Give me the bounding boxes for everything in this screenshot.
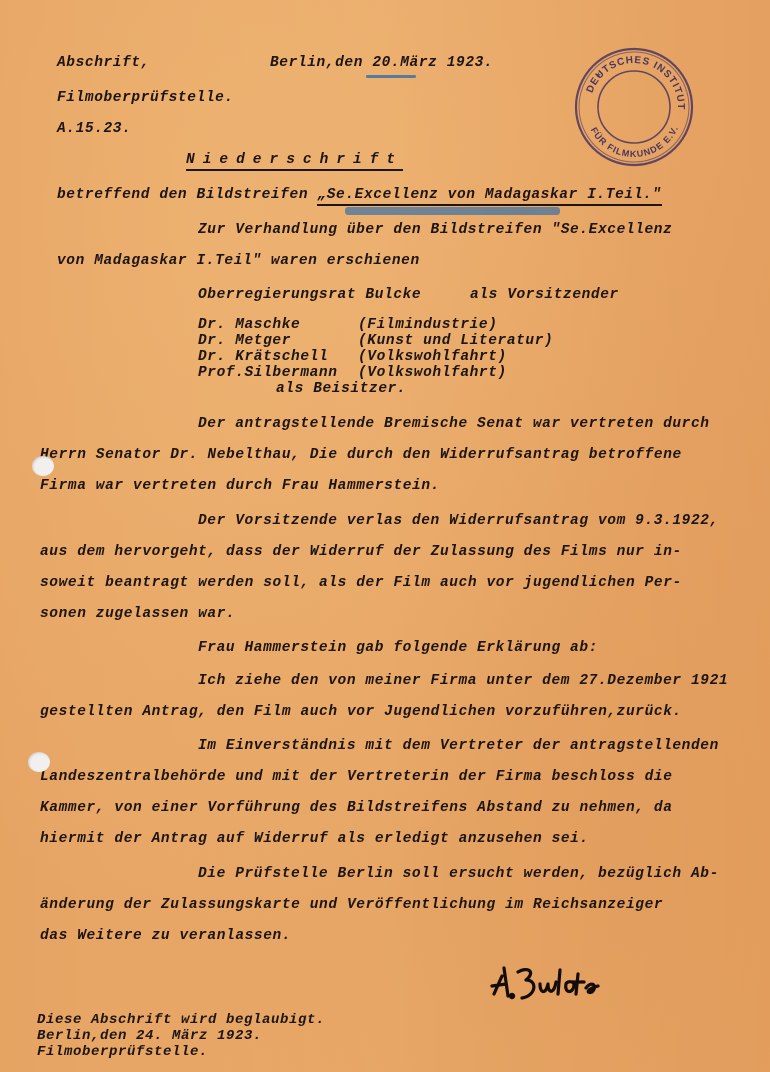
paragraph-line: Der antragstellende Bremische Senat war … [198,416,710,432]
members-role: als Beisitzer. [276,381,406,397]
document-type: Abschrift, [57,55,150,71]
chair-name: Oberregierungsrat Bulcke [198,287,421,303]
paragraph-line: das Weitere zu veranlassen. [40,928,291,944]
institute-stamp-icon: DEUTSCHES INSTITUT FÜR FILMKUNDE E.V. * [572,45,696,169]
place-date: Berlin,den 20.März 1923. [270,55,493,71]
certification-line: Diese Abschrift wird beglaubigt. [37,1012,325,1028]
film-title: „Se.Excellenz von Madagaskar I.Teil." [317,187,661,206]
member-area: (Volkswohlfahrt) [358,349,507,365]
punch-hole [28,752,50,772]
paragraph-line: soweit beantragt werden soll, als der Fi… [40,575,682,591]
paragraph-line: Der Vorsitzende verlas den Widerrufsantr… [198,513,719,529]
member-area: (Filmindustrie) [358,317,498,333]
intro-line: von Madagaskar I.Teil" waren erschienen [57,253,420,269]
paragraph-line: Die Prüfstelle Berlin soll ersucht werde… [198,866,719,882]
punch-hole [32,456,54,476]
document-title: Niederschrift [186,152,403,171]
paragraph-line: änderung der Zulassungskarte und Veröffe… [40,897,663,913]
paragraph-line: Landeszentralbehörde und mit der Vertret… [40,769,673,785]
paragraph-line: Im Einverständnis mit dem Vertreter der … [198,738,719,754]
paragraph-line: sonen zugelassen war. [40,606,235,622]
intro-line: Zur Verhandlung über den Bildstreifen "S… [198,222,672,238]
member-name: Dr. Metger [198,333,291,349]
member-area: (Kunst und Literatur) [358,333,553,349]
paragraph-line: Firma war vertreten durch Frau Hammerste… [40,478,440,494]
certification-date: Berlin,den 24. März 1923. [37,1028,262,1044]
paragraph-line: gestellten Antrag, den Film auch vor Jug… [40,704,682,720]
paragraph-line: hiermit der Antrag auf Widerruf als erle… [40,831,589,847]
svg-text:*: * [596,70,601,84]
chair-role: als Vorsitzender [470,287,619,303]
authority: Filmoberprüfstelle. [57,90,234,106]
subject-line: betreffend den Bildstreifen „Se.Excellen… [57,187,662,203]
paragraph-line: Kammer, von einer Vorführung des Bildstr… [40,800,673,816]
member-area: (Volkswohlfahrt) [358,365,507,381]
subject-prefix: betreffend den Bildstreifen [57,187,317,203]
blue-pencil-underline [366,75,416,78]
reference-number: A.15.23. [57,121,131,137]
member-name: Prof.Silbermann [198,365,338,381]
blue-pencil-mark [345,207,560,215]
paragraph-line: Frau Hammerstein gab folgende Erklärung … [198,640,598,656]
signature-icon [488,960,603,1010]
member-name: Dr. Krätschell [198,349,328,365]
paragraph-line: Herrn Senator Dr. Nebelthau, Die durch d… [40,447,682,463]
member-name: Dr. Maschke [198,317,300,333]
paragraph-line: Ich ziehe den von meiner Firma unter dem… [198,673,728,689]
certification-authority: Filmoberprüfstelle. [37,1044,208,1060]
paragraph-line: aus dem hervorgeht, dass der Widerruf de… [40,544,682,560]
